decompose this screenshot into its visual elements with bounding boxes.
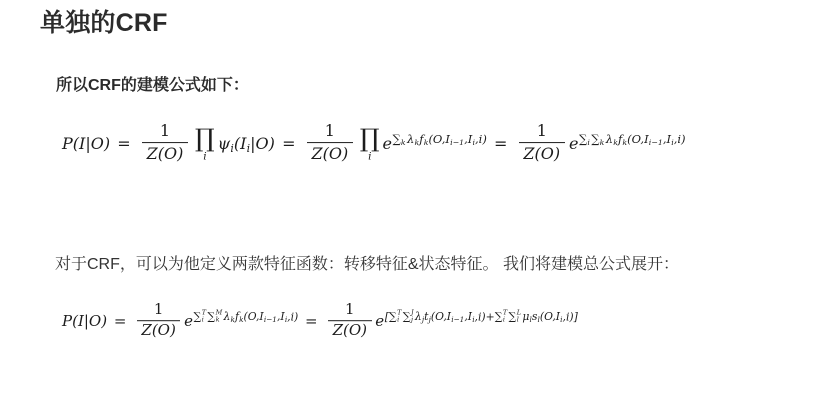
formula-crf-expanded: P(I|O)=1Z(O)e∑Ti∑Mkλkfk(O,Ii−1,Ii,i)=1Z(…	[62, 297, 578, 345]
formula-crf-model: P(I|O)=1Z(O)∏iψi(Ii|O)=1Z(O)∏ie∑kλkfk(O,…	[62, 119, 686, 174]
paragraph-crf-features: 对于CRF，可以为他定义两款特征函数：转移特征&状态特征。 我们将建模总公式展开…	[55, 251, 679, 274]
document-page: 单独的CRF 所以CRF的建模公式如下： P(I|O)=1Z(O)∏iψi(Ii…	[0, 0, 815, 397]
page-title: 单独的CRF	[40, 3, 168, 39]
paragraph-crf-intro: 所以CRF的建模公式如下：	[56, 72, 249, 95]
